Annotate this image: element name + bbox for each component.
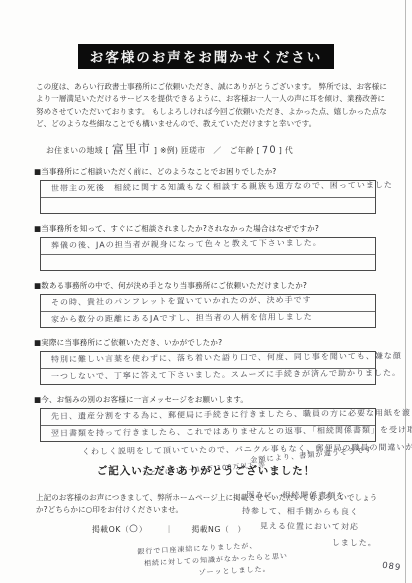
- question-3-handwritten-answer-line-2: 家から数分の距離にあるJAですし、担当者の人柄を信用しました: [41, 311, 375, 327]
- question-2-answer-box: 葬儀の後、JAの担当者が親身になって色々と教えて下さいました。: [40, 237, 376, 271]
- question-4-handwritten-answer-line-1: 特別に難しい言葉を使わずに、落ち着いた語り口で、何度、同じ事を聞いても、嫌な顔: [41, 352, 375, 368]
- question-block-4: ■実際に当事務所にご依頼いただき、いかがでしたか? 特別に難しい言葉を使わずに、…: [34, 337, 412, 385]
- residence-age-line: お住まいの地域 [富里市] ※例) 匝瑳市 ／ ご年齢 [70] 代: [46, 140, 412, 157]
- question-block-3: ■数ある事務所の中で、何が決め手となり当事務所にご依頼いただけましたか? その時…: [34, 280, 412, 328]
- publish-ok-label: 掲載OK（: [92, 525, 129, 534]
- question-5-label: ■今、お悩みの別のお客様に一言メッセージをお願いします。: [34, 394, 412, 405]
- question-4-label: ■実際に当事務所にご依頼いただき、いかがでしたか?: [34, 337, 412, 348]
- question-3-answer-box: その時、貴社のパンフレットを置いていかれたのが、決め手です 家から数分の距離にあ…: [40, 294, 376, 328]
- question-block-1: ■当事務所にご相談いただく前に、どのようなことでお困りでしたか? 世帯主の死後 …: [34, 166, 412, 214]
- side-note-line-4: しました。: [332, 535, 377, 551]
- intro-paragraph: この度は、あらい行政書士事務所にご依頼いただき、誠にありがとうございます。 弊所…: [36, 81, 390, 130]
- intro-line-1: この度は、あらい行政書士事務所にご依頼いただき、誠にありがとうございます。: [36, 82, 316, 91]
- side-note-line-2: 持参して、相手側からも良く: [242, 503, 377, 520]
- scan-edge-line: [405, 0, 406, 583]
- scanned-survey-sheet: お客様のお声をお聞かせください この度は、あらい行政書士事務所にご依頼いただき、…: [0, 0, 412, 583]
- side-note-line-1: 因みに、相続関係書類を: [246, 487, 377, 504]
- handwritten-page-number: 089: [381, 561, 401, 574]
- side-note-line-3: 見える位置において対応: [260, 519, 377, 536]
- age-label-suffix: ] 代: [279, 146, 293, 155]
- question-2-label: ■当事務所を知って、すぐにご相談されましたか?されなかった場合はなぜですか?: [34, 223, 412, 234]
- publish-divider: ｜: [165, 524, 173, 535]
- question-3-handwritten-answer-line-1: その時、貴社のパンフレットを置いていかれたのが、決め手です: [41, 295, 375, 311]
- residence-label-prefix: お住まいの地域 [: [46, 146, 109, 155]
- publish-ok-option: 掲載OK（○）: [92, 524, 147, 535]
- handwritten-bottom-note: 銀行で口座凍結になりましたが、 相続に対しての知識がなかったらと思い ゾーッとし…: [137, 539, 289, 582]
- question-4-handwritten-answer-line-2: 一つしないで、丁寧に答えて下さいました。スムーズに手続きが済んで助かりました。: [41, 368, 375, 384]
- page-title: お客様のお声をお聞かせください: [78, 44, 335, 69]
- question-1-handwritten-answer: 世帯主の死後 相続に関する知識もなく相談する親族も遠方なので、困っていました: [41, 181, 375, 197]
- residence-handwritten-value: 富里市: [112, 140, 152, 158]
- question-1-answer-row-empty: [41, 197, 375, 213]
- publish-ok-close: ）: [139, 525, 147, 534]
- question-2-answer-row-empty: [41, 254, 375, 270]
- question-1-answer-box: 世帯主の死後 相続に関する知識もなく相談する親族も遠方なので、困っていました: [40, 180, 376, 214]
- question-5-handwritten-answer-line-1: 先日、遺産分割をする為に、郵便局に手続きに行きましたら、職員の方に必要な用紙を渡…: [41, 409, 375, 425]
- question-2-handwritten-answer: 葬儀の後、JAの担当者が親身になって色々と教えて下さいました。: [41, 238, 375, 254]
- question-block-2: ■当事務所を知って、すぐにご相談されましたか?されなかった場合はなぜですか? 葬…: [34, 223, 412, 271]
- question-5-answer-box: 先日、遺産分割をする為に、郵便局に手続きに行きましたら、職員の方に必要な用紙を渡…: [40, 408, 376, 442]
- question-3-label: ■数ある事務所の中で、何が決め手となり当事務所にご依頼いただけましたか?: [34, 280, 412, 291]
- residence-label-middle: ] ※例) 匝瑳市 ／ ご年齢 [: [154, 146, 260, 155]
- publish-ng-option: 掲載NG（ ）: [191, 524, 245, 535]
- question-1-label: ■当事務所にご相談いただく前に、どのようなことでお困りでしたか?: [34, 166, 412, 177]
- question-5-handwritten-answer-line-2: 翌日書類を持って行きましたら、これではありませんとの返事、「相続関係書類」を受け…: [41, 425, 375, 441]
- handwritten-ok-circle-mark: ○: [129, 523, 139, 534]
- question-4-answer-box: 特別に難しい言葉を使わずに、落ち着いた語り口で、何度、同じ事を聞いても、嫌な顔 …: [40, 351, 376, 385]
- age-handwritten-value: 70: [262, 145, 277, 157]
